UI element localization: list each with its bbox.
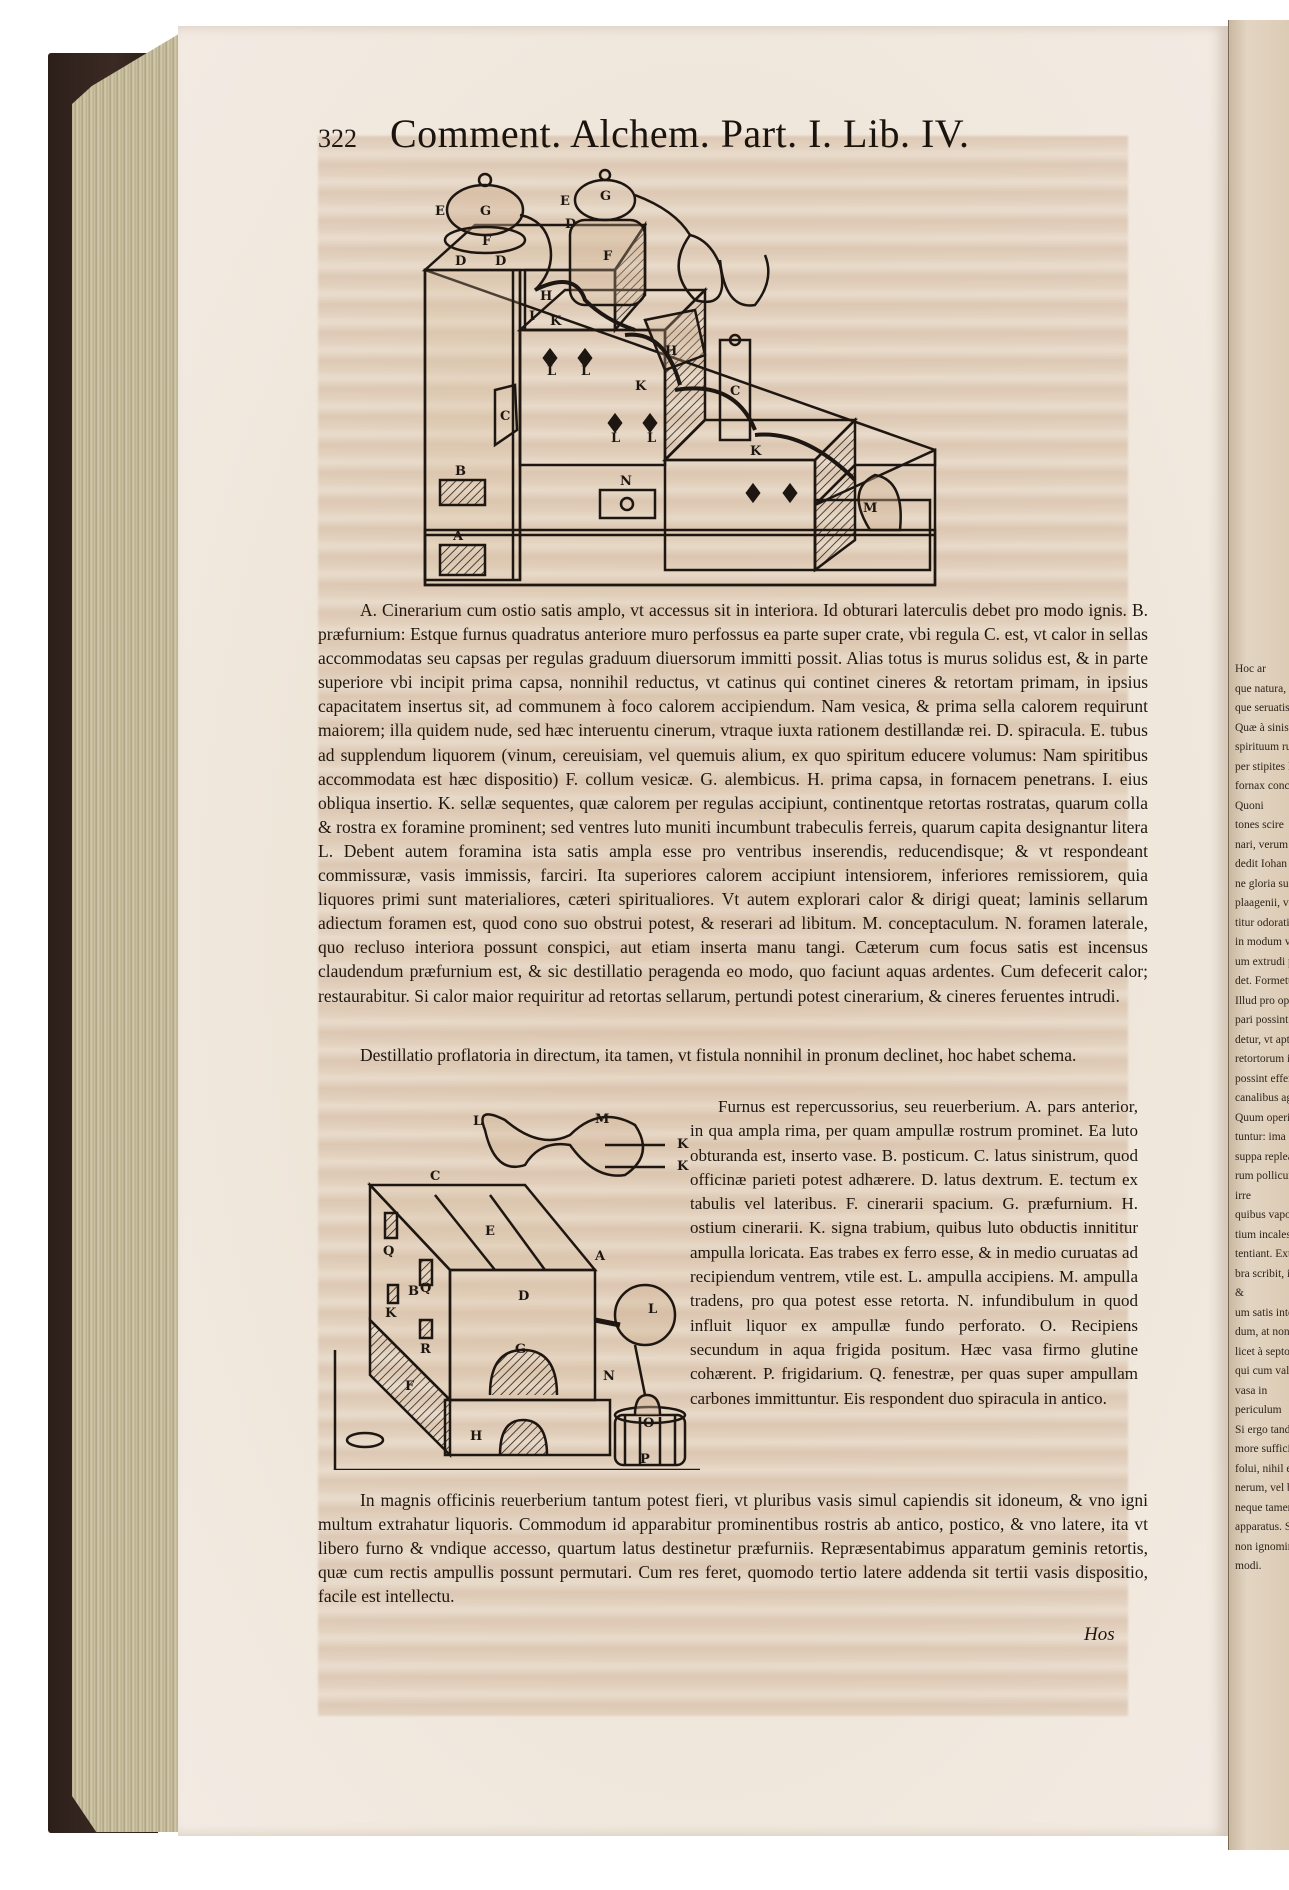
svg-text:L: L bbox=[611, 431, 620, 446]
svg-text:E: E bbox=[485, 1224, 495, 1239]
svg-text:K: K bbox=[635, 379, 647, 394]
woodcut-distillation-furnace: GG EE FF DDD HIK LL K LL KM NBA CCH bbox=[335, 160, 945, 590]
svg-text:C: C bbox=[730, 384, 740, 399]
running-head: 322 Comment. Alchem. Part. I. Lib. IV. bbox=[318, 102, 1118, 162]
svg-text:L: L bbox=[581, 364, 590, 379]
svg-text:M: M bbox=[595, 1112, 609, 1127]
svg-text:D: D bbox=[495, 254, 506, 269]
svg-text:H: H bbox=[540, 289, 552, 304]
svg-text:L: L bbox=[473, 1114, 482, 1129]
svg-text:K: K bbox=[385, 1306, 397, 1321]
woodcut-reverberatory-furnace: LM KK CE A QBQ KR DL GF NH OP bbox=[325, 1095, 705, 1470]
svg-text:L: L bbox=[648, 1302, 657, 1317]
svg-text:B: B bbox=[455, 464, 466, 479]
svg-text:F: F bbox=[405, 1379, 415, 1394]
running-title: Comment. Alchem. Part. I. Lib. IV. bbox=[390, 110, 970, 157]
svg-text:Q: Q bbox=[420, 1281, 431, 1296]
page-edges bbox=[72, 32, 182, 1832]
svg-text:G: G bbox=[515, 1342, 526, 1357]
svg-text:G: G bbox=[600, 189, 611, 204]
svg-text:B: B bbox=[408, 1284, 419, 1299]
page-number: 322 bbox=[318, 124, 357, 154]
svg-text:D: D bbox=[518, 1289, 529, 1304]
catchword: Hos bbox=[1084, 1624, 1115, 1646]
svg-text:N: N bbox=[620, 474, 632, 489]
svg-text:K: K bbox=[750, 444, 762, 459]
svg-text:I: I bbox=[529, 309, 535, 324]
svg-text:G: G bbox=[480, 204, 491, 219]
svg-text:D: D bbox=[565, 217, 576, 232]
svg-text:L: L bbox=[647, 431, 656, 446]
svg-text:O: O bbox=[643, 1416, 654, 1431]
svg-text:E: E bbox=[560, 194, 570, 209]
svg-text:A: A bbox=[452, 529, 464, 544]
svg-text:C: C bbox=[500, 409, 510, 424]
svg-text:L: L bbox=[547, 364, 556, 379]
svg-text:F: F bbox=[603, 249, 613, 264]
svg-text:P: P bbox=[640, 1452, 650, 1467]
facing-page: Hoc ar que natura, v que seruatis Quæ à … bbox=[1228, 20, 1289, 1850]
paragraph-figure2-legend: Furnus est repercussorius, seu reuerberi… bbox=[690, 1095, 1138, 1411]
svg-text:K: K bbox=[677, 1159, 689, 1174]
svg-text:Q: Q bbox=[383, 1244, 394, 1259]
paragraph-figure1-legend: A. Cinerarium cum ostio satis amplo, vt … bbox=[318, 598, 1148, 1008]
svg-text:A: A bbox=[594, 1249, 606, 1264]
svg-text:M: M bbox=[863, 501, 877, 516]
svg-text:F: F bbox=[482, 234, 492, 249]
paragraph-proflatoria-intro: Destillatio proflatoria in directum, ita… bbox=[318, 1043, 1148, 1067]
svg-text:R: R bbox=[420, 1342, 431, 1357]
paragraph-large-workshops: In magnis officinis reuerberium tantum p… bbox=[318, 1488, 1148, 1608]
svg-text:H: H bbox=[470, 1429, 482, 1444]
svg-text:E: E bbox=[435, 204, 445, 219]
svg-text:K: K bbox=[677, 1137, 689, 1152]
svg-text:D: D bbox=[455, 254, 466, 269]
svg-text:H: H bbox=[665, 344, 677, 359]
svg-text:N: N bbox=[603, 1369, 615, 1384]
svg-text:K: K bbox=[550, 314, 562, 329]
facing-page-text: Hoc ar que natura, v que seruatis Quæ à … bbox=[1235, 660, 1289, 1577]
svg-text:C: C bbox=[430, 1169, 440, 1184]
